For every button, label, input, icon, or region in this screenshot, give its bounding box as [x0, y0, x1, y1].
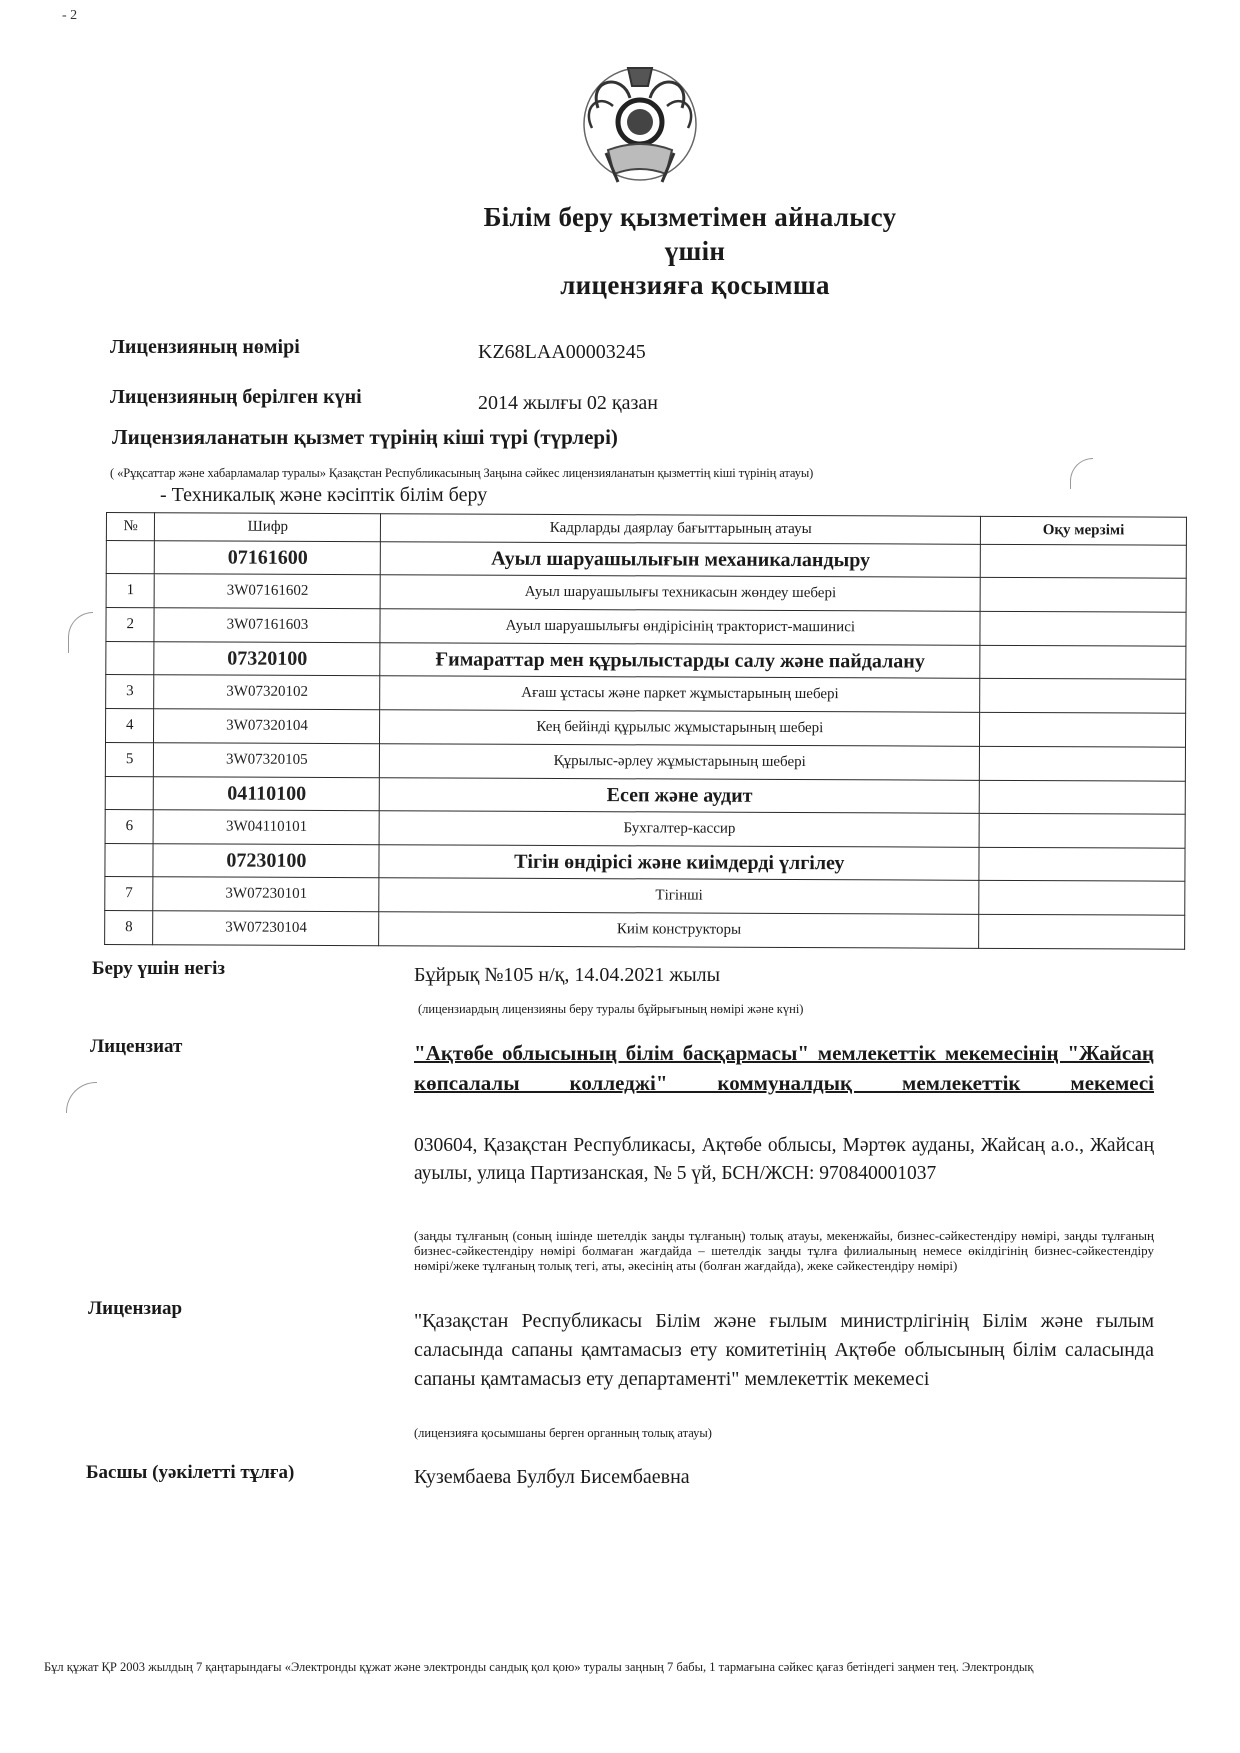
table-group-row: 07230100Тігін өндірісі және киімдерді үл… — [105, 843, 1185, 881]
scan-artifact — [1070, 458, 1093, 489]
title-line-1: Білім беру қызметімен айналысу — [140, 200, 1240, 234]
table-row: 63W04110101Бухгалтер-кассир — [105, 809, 1185, 848]
row-name: Тігінші — [379, 878, 979, 915]
licensee-note: (заңды тұлғаның (соның ішінде шетелдік з… — [414, 1228, 1154, 1273]
header-code: Шифр — [155, 513, 381, 542]
licensor-note: (лицензияға қосымшаны берген органның то… — [414, 1426, 712, 1441]
page-marker: - 2 — [62, 8, 77, 24]
scan-artifact — [66, 1082, 97, 1113]
row-num: 5 — [105, 743, 154, 777]
licensee-name: "Ақтөбе облысының білім басқармасы" мемл… — [414, 1038, 1154, 1128]
row-term — [980, 611, 1186, 646]
row-code: 3W07230101 — [153, 877, 379, 912]
row-num: 4 — [105, 709, 154, 743]
row-code: 3W07161602 — [155, 574, 381, 609]
row-name: Бухгалтер-кассир — [380, 811, 980, 848]
document-title: Білім беру қызметімен айналысу үшін лице… — [0, 200, 1240, 302]
header-name: Кадрларды даярлау бағыттарының атауы — [381, 514, 981, 545]
subtype-value: - Техникалық және кәсіптік білім беру — [160, 484, 487, 507]
header-term: Оқу мерзімі — [981, 516, 1187, 545]
row-code: 07230100 — [153, 844, 379, 878]
row-name: Кең бейінді құрылыс жұмыстарының шебері — [380, 710, 980, 747]
table-row: 13W07161602Ауыл шаруашылығы техникасын ж… — [106, 574, 1186, 613]
issue-date-value: 2014 жылғы 02 қазан — [478, 392, 658, 415]
row-num: 8 — [105, 910, 154, 944]
licensor-label: Лицензиар — [88, 1298, 182, 1320]
row-term — [979, 780, 1185, 814]
licensor-name: "Қазақстан Республикасы Білім және ғылым… — [414, 1307, 1154, 1394]
row-code: 07320100 — [154, 642, 380, 676]
row-code: 04110100 — [154, 777, 380, 811]
subtype-note: ( «Рұқсаттар және хабарламалар туралы» Қ… — [110, 466, 813, 481]
row-name: Ғимараттар мен құрылыстарды салу және па… — [380, 643, 980, 679]
issue-date-label: Лицензияның берілген күні — [110, 386, 362, 409]
row-num: 6 — [105, 809, 154, 843]
table-row: 23W07161603Ауыл шаруашылығы өндірісінің … — [106, 608, 1186, 647]
license-number-value: KZ68LAA00003245 — [478, 341, 646, 364]
licensee-label: Лицензиат — [90, 1036, 182, 1058]
head-label: Басшы (уәкілетті тұлға) — [86, 1462, 294, 1484]
row-num: 7 — [105, 876, 154, 910]
programs-table: № Шифр Кадрларды даярлау бағыттарының ат… — [104, 512, 1187, 950]
table-row: 43W07320104Кең бейінді құрылыс жұмыстары… — [105, 709, 1185, 748]
row-code: 3W07161603 — [154, 608, 380, 643]
row-code: 07161600 — [155, 541, 381, 575]
footer-legal-note: Бұл құжат ҚР 2003 жылдың 7 қаңтарындағы … — [44, 1660, 1033, 1675]
row-name: Ауыл шаруашылығы техникасын жөндеу шебер… — [381, 575, 981, 612]
row-term — [980, 678, 1186, 713]
row-code: 3W07230104 — [153, 911, 379, 946]
row-term — [980, 712, 1186, 747]
table-group-row: 07161600Ауыл шаруашылығын механикаландыр… — [106, 541, 1186, 579]
table-body: 07161600Ауыл шаруашылығын механикаландыр… — [105, 541, 1187, 950]
row-term — [979, 813, 1185, 848]
table-group-row: 04110100Есеп және аудит — [105, 776, 1185, 814]
row-term — [980, 746, 1186, 781]
licensee-address: 030604, Қазақстан Республикасы, Ақтөбе о… — [414, 1132, 1154, 1188]
row-name: Тігін өндірісі және киімдерді үлгілеу — [379, 845, 979, 881]
basis-note: (лицензиардың лицензияны беру туралы бұй… — [418, 1002, 803, 1017]
title-line-2: үшін — [150, 234, 1240, 268]
row-name: Есеп және аудит — [380, 778, 980, 814]
title-line-3: лицензияға қосымша — [150, 268, 1240, 302]
row-num — [105, 843, 154, 876]
table-row: 33W07320102Ағаш ұстасы және паркет жұмыс… — [106, 675, 1186, 714]
row-term — [979, 914, 1185, 949]
basis-value: Бұйрық №105 н/қ, 14.04.2021 жылы — [414, 964, 720, 987]
table-row: 73W07230101Тігінші — [105, 876, 1185, 915]
row-term — [980, 645, 1186, 679]
row-name: Ағаш ұстасы және паркет жұмыстарының шеб… — [380, 676, 980, 713]
row-code: 3W07320105 — [154, 743, 380, 778]
row-term — [979, 847, 1185, 881]
row-name: Киім конструкторы — [379, 912, 979, 949]
row-name: Құрылыс-әрлеу жұмыстарының шебері — [380, 744, 980, 781]
table-group-row: 07320100Ғимараттар мен құрылыстарды салу… — [106, 642, 1186, 680]
header-num: № — [106, 513, 155, 541]
row-num — [105, 776, 154, 809]
row-name: Ауыл шаруашылығы өндірісінің тракторист-… — [380, 609, 980, 646]
row-code: 3W07320104 — [154, 709, 380, 744]
subtype-heading: Лицензияланатын қызмет түрінің кіші түрі… — [112, 425, 618, 450]
row-term — [980, 577, 1186, 612]
row-code: 3W07320102 — [154, 675, 380, 710]
scan-artifact — [68, 612, 93, 653]
row-term — [980, 544, 1186, 578]
state-emblem-icon — [578, 58, 702, 186]
row-num: 1 — [106, 574, 155, 608]
head-value: Кузембаева Булбул Бисембаевна — [414, 1466, 690, 1489]
row-term — [979, 880, 1185, 915]
row-num — [106, 642, 155, 675]
table-row: 53W07320105Құрылыс-әрлеу жұмыстарының ше… — [105, 743, 1185, 782]
table-row: 83W07230104Киім конструкторы — [105, 910, 1185, 949]
basis-label: Беру үшін негіз — [92, 958, 225, 980]
row-num: 2 — [106, 608, 155, 642]
row-name: Ауыл шаруашылығын механикаландыру — [381, 542, 981, 578]
row-num: 3 — [106, 675, 155, 709]
row-num — [106, 541, 155, 574]
license-number-label: Лицензияның нөмірі — [110, 336, 300, 359]
row-code: 3W04110101 — [153, 810, 379, 845]
